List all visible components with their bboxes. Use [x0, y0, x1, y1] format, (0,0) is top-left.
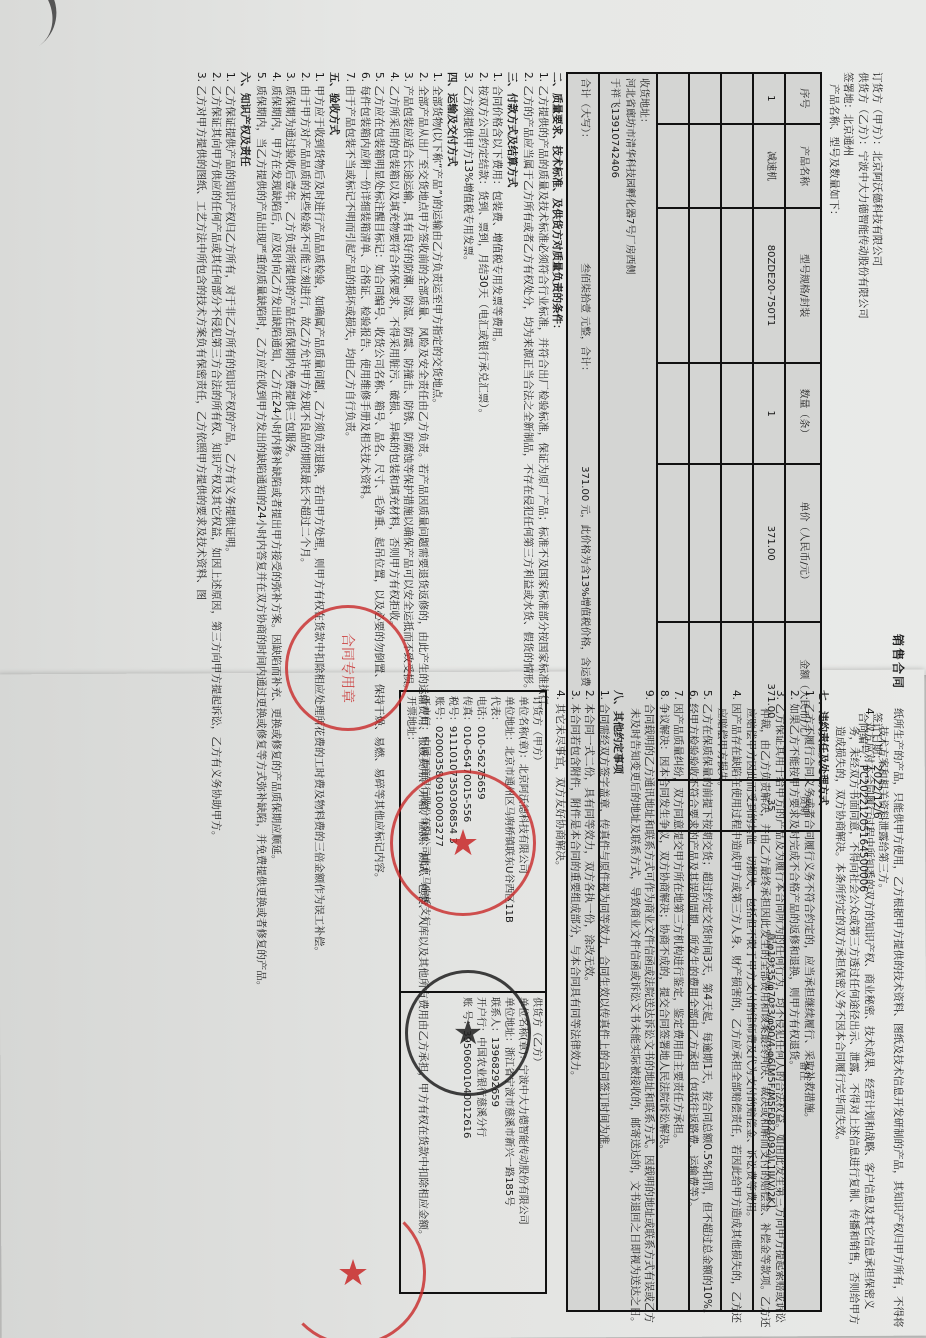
table-cell [690, 464, 722, 622]
section-item: 3. 乙方对甲方提供的图纸、工艺方法中所包含的技术方案负有保密责任，乙方依照甲方… [194, 72, 209, 1312]
section-item: 纸所生产的产品，只能供甲方使用，乙方根据甲方提供的技术资料、图纸及技术信息开发研… [876, 708, 905, 1330]
continued-terms: 纸所生产的产品，只能供甲方使用，乙方根据甲方提供的技术资料、图纸及技术信息开发研… [833, 690, 906, 1330]
seller-contract-seal: ★ [405, 970, 531, 1096]
table-cell [658, 363, 690, 464]
table-cell [658, 124, 690, 209]
section-item: 1. 乙方保证提供产品的知识产权归乙方所有，对于非乙方所有的知识产权的产品，乙方… [223, 72, 238, 1312]
company-seal-stamp-page-1: 合同专用章 [285, 605, 411, 731]
star-icon: ★ [337, 1253, 369, 1294]
table-cell [658, 208, 690, 363]
place-line: 签署地：北京通州 [841, 72, 856, 319]
terms-sections-page-2: 七、违约责任及处理方式1. 乙方不履行合同义务或者合同履行义务不符合约定的，应当… [553, 690, 831, 1330]
section-heading: 六、知识产权及责任 [238, 72, 253, 1312]
table-cell [690, 363, 722, 464]
section-item: 6. 经甲方检验验收不符合要求的产品及其误的周期，所发生的费用全部由乙方承担（包… [686, 690, 701, 1330]
seller-label: 供货方（乙方）： [857, 72, 869, 151]
section-item: 2. 乙方保证其向甲方供应的任何产品或其任何部分不侵犯第三方合法的所有权、知识产… [209, 72, 224, 1312]
place-value: 北京通州 [843, 114, 855, 156]
seller-block-title: 供货方（乙方） [529, 997, 543, 1288]
table-cell: 371.00 [754, 464, 786, 622]
buyer-name: 北京阿沃德科技有限公司 [872, 151, 884, 267]
buyer-contract-seal: ★ [390, 770, 536, 916]
total-note: 元，此价格为含13%增值税价格，含运费 [579, 501, 590, 686]
section-item: 5. 乙方在保质保量的前提下按期交货；超过约定交货时间3天，第4天起，每逾期1天… [700, 690, 715, 1330]
table-cell [722, 464, 754, 622]
seller-name: 宁波中大力德智能传动股份有限公司 [857, 151, 869, 319]
section-item: 3. 乙方保证其用于给甲方的产品及为履行本合同所为的任何行为，均不侵犯任何人的合… [744, 690, 788, 1330]
section-item: 5. 质保期内，当乙方提供的产品出现严重的质量缺陷时，乙方应在收到甲方发出的缺陷… [254, 72, 269, 1312]
table-cell [658, 464, 690, 622]
table-cell [722, 363, 754, 464]
table-cell [722, 73, 754, 124]
star-icon: ★ [453, 1013, 483, 1053]
table-cell: 80ZDE20-750T1 [754, 208, 786, 363]
section-item: 4. 质保期内，甲方在发现缺陷后，应及时向乙方发出缺陷通知，乙方在24小时内修补… [269, 72, 284, 1312]
buyer-label: 订货方（甲方）： [872, 72, 884, 151]
section-item: 4. 双方应对本合同履行过程中所知悉的双方的知识产权、商业秘密、技术成果、经营计… [833, 708, 877, 1330]
section-item: 8. 争议解决：因本合同发生争议，双方协商解决；协商不成的，提交合同签署地人民法… [657, 690, 672, 1330]
table-cell: 1 [754, 363, 786, 464]
section-item: 4. 因产品存在缺陷在使用过程中造成甲方或第三方人身、财产损害的，乙方应承担全部… [715, 690, 744, 1330]
section-item: 1. 乙方不履行合同义务或者合同履行义务不符合约定的，应当承担继续履行、采取补救… [802, 690, 817, 1330]
table-header-cell: 数量（条） [786, 363, 822, 464]
table-cell [722, 124, 754, 209]
total-amount: 371.00 [579, 466, 590, 501]
place-label: 签署地： [843, 72, 855, 114]
table-header-cell: 序号 [786, 73, 822, 124]
section-item: 7. 因产品质量纠纷，双方同意提交甲方所在地第三方机构进行鉴定，鉴定费用由主要责… [671, 690, 686, 1330]
section-item: 9. 合同载明的乙方通讯地址和联系方式可作为商业文件信函或法院送达诉讼文书的地址… [628, 690, 657, 1330]
section-item: 3. 本合同若包含附件，附件是本合同的重要组成部分，与本合同具有同等法律效力。 [568, 690, 583, 1330]
seller-line: 供货方（乙方）：宁波中大力德智能传动股份有限公司 [856, 72, 871, 319]
table-cell [690, 208, 722, 363]
table-header-cell: 产品名称 [786, 124, 822, 209]
section-heading: 八、其他约定事项 [611, 690, 626, 1330]
section-item: 4. 其它未尽事宜，双方友好协商解决。 [553, 690, 568, 1330]
star-icon: ★ [447, 823, 479, 864]
section-item: 2. 本合同一式二份，具有同等效力，双方各执一份，涂改无效。 [582, 690, 597, 1330]
table-cell [658, 73, 690, 124]
corner-seal-stamp: ★ [280, 1200, 426, 1338]
total-words: 叁佰柒拾壹 元整，合计： [579, 263, 590, 376]
table-cell [690, 73, 722, 124]
section-item: 1. 合同需经双方签字盖章，传真件与原件视为同等效力，合同生效以传真件上的合同签… [597, 690, 612, 1330]
table-cell: 减速机 [754, 124, 786, 209]
total-label: 合计（大写）： [579, 78, 590, 143]
table-header-cell: 型号规格/封装 [786, 208, 822, 363]
buyer-line: 订货方（甲方）：北京阿沃德科技有限公司 [870, 72, 885, 319]
table-cell [690, 124, 722, 209]
section-heading: 七、违约责任及处理方式 [816, 690, 831, 1330]
table-cell [722, 208, 754, 363]
seal-text: 合同专用章 [338, 633, 358, 703]
section-item: 2. 如果乙方不能按甲方要求及时完成不合格产品的返修和退换，则甲方有权退货。 [787, 690, 802, 1330]
table-header-cell: 单价（人民币/元） [786, 464, 822, 622]
table-cell: 1 [754, 73, 786, 124]
